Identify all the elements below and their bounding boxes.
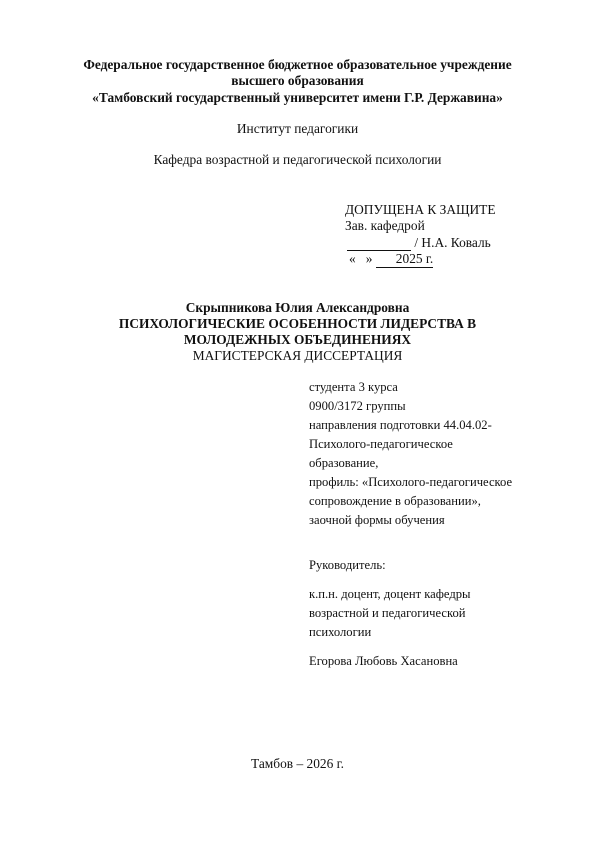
student-info-line: 0900/3172 группы xyxy=(309,399,406,414)
work-type: МАГИСТЕРСКАЯ ДИССЕРТАЦИЯ xyxy=(0,348,595,364)
supervisor-label: Руководитель: xyxy=(309,558,386,573)
supervisor-position-line: возрастной и педагогической xyxy=(309,606,465,621)
date-quotes: « » xyxy=(349,251,372,266)
author-name: Скрыпникова Юлия Александровна xyxy=(0,300,595,316)
thesis-title-line-2: МОЛОДЕЖНЫХ ОБЪЕДИНЕНИЯХ xyxy=(0,332,595,348)
supervisor-name: Егорова Любовь Хасановна xyxy=(309,654,458,669)
supervisor-position-line: психологии xyxy=(309,625,371,640)
signature-blank xyxy=(347,238,411,251)
student-info-line: сопровождение в образовании», xyxy=(309,494,481,509)
student-info-line: Психолого-педагогическое xyxy=(309,437,453,452)
city-year: Тамбов – 2026 г. xyxy=(0,756,595,772)
student-info-line: направления подготовки 44.04.02- xyxy=(309,418,492,433)
institute-name: Институт педагогики xyxy=(0,121,595,137)
approval-role: Зав. кафедрой xyxy=(345,218,425,234)
approval-date-line: « » 2025 г. xyxy=(349,251,433,268)
student-info-line: образование, xyxy=(309,456,378,471)
student-info-line: студента 3 курса xyxy=(309,380,398,395)
approval-signature-line: / Н.А. Коваль xyxy=(347,235,491,251)
organization-line-2: высшего образования xyxy=(0,73,595,89)
student-info-line: заочной формы обучения xyxy=(309,513,445,528)
thesis-title-line-1: ПСИХОЛОГИЧЕСКИЕ ОСОБЕННОСТИ ЛИДЕРСТВА В xyxy=(0,316,595,332)
approval-title: ДОПУЩЕНА К ЗАЩИТЕ xyxy=(345,202,496,218)
supervisor-position-line: к.п.н. доцент, доцент кафедры xyxy=(309,587,471,602)
approval-year: 2025 г. xyxy=(376,251,433,268)
department-name: Кафедра возрастной и педагогической псих… xyxy=(0,152,595,168)
university-name: «Тамбовский государственный университет … xyxy=(0,90,595,106)
organization-line-1: Федеральное государственное бюджетное об… xyxy=(0,57,595,73)
approval-signer-name: / Н.А. Коваль xyxy=(414,235,490,250)
student-info-line: профиль: «Психолого-педагогическое xyxy=(309,475,512,490)
